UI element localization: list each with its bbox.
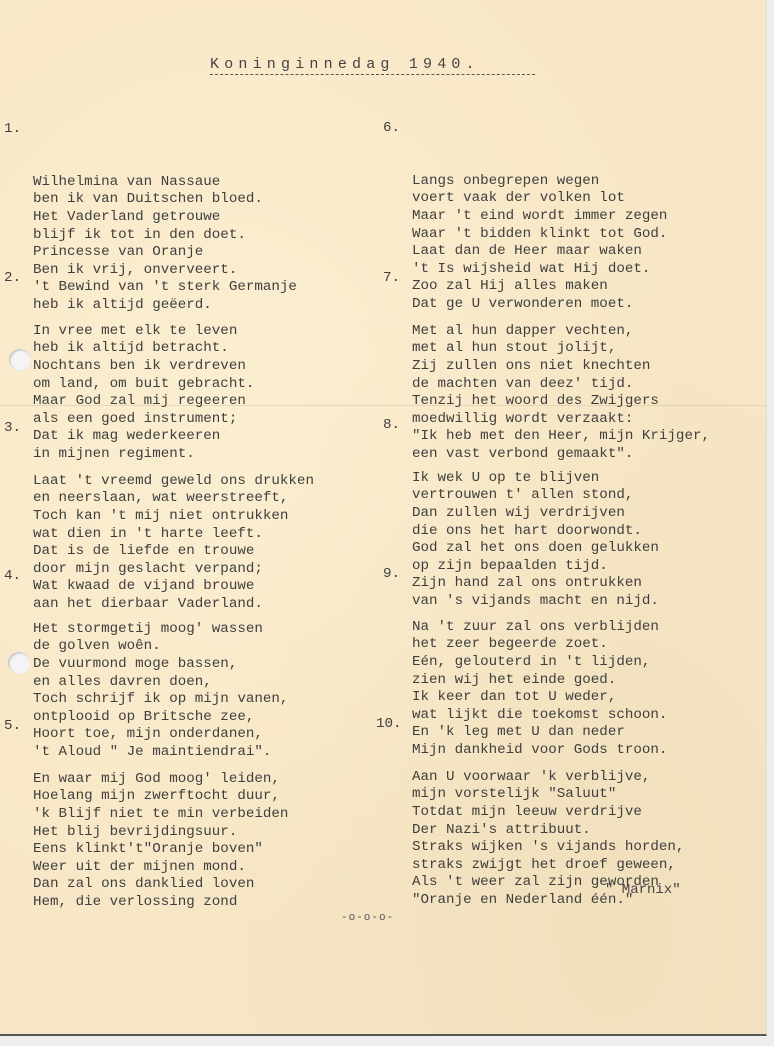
verse-number: 9. xyxy=(383,566,400,584)
verse-number: 1. xyxy=(4,121,21,139)
verse-line: Aan U voorwaar 'k verblijve, xyxy=(412,769,684,787)
verse-line: Dan zullen wij verdrijven xyxy=(412,505,659,523)
verse-line: ben ik van Duitschen bloed. xyxy=(33,191,297,209)
verse-line: mijn vorstelijk "Saluut" xyxy=(412,786,684,804)
verse-line: Ik keer dan tot U weder, xyxy=(412,689,667,707)
verse-line: wat dien in 't harte leeft. xyxy=(33,526,314,544)
verse-line: Nochtans ben ik verdreven xyxy=(33,358,254,376)
verse-line: De vuurmond moge bassen, xyxy=(33,656,288,674)
verse-line: Princesse van Oranje xyxy=(33,244,297,262)
verse-line: de machten van deez' tijd. xyxy=(412,376,710,394)
verse-line: Hem, die verlossing zond xyxy=(33,894,288,912)
verse-line: en neerslaan, wat weerstreeft, xyxy=(33,490,314,508)
verse-number: 7. xyxy=(383,270,400,288)
verse-line: en alles davren doen, xyxy=(33,674,288,692)
verse-line: het zeer begeerde zoet. xyxy=(412,636,667,654)
verse-line: Dan zal ons danklied loven xyxy=(33,876,288,894)
verse-line: Wilhelmina van Nassaue xyxy=(33,174,297,192)
verse-line: Laat dan de Heer maar waken xyxy=(412,243,667,261)
punch-hole-icon xyxy=(8,652,30,674)
verse-line: Toch kan 't mij niet ontrukken xyxy=(33,508,314,526)
verse-line: Langs onbegrepen wegen xyxy=(412,173,667,191)
verse-line: Laat 't vreemd geweld ons drukken xyxy=(33,473,314,491)
verse-line: Eens klinkt't"Oranje boven" xyxy=(33,841,288,859)
verse-line: God zal het ons doen gelukken xyxy=(412,540,659,558)
verse-number: 4. xyxy=(4,568,21,586)
verse-line: straks zwijgt het droef geween, xyxy=(412,857,684,875)
verse-number: 6. xyxy=(383,120,400,138)
verse-number: 5. xyxy=(4,718,21,736)
verse-line: Totdat mijn leeuw verdrijve xyxy=(412,804,684,822)
verse-number: 3. xyxy=(4,420,21,438)
verse-line: Dat is de liefde en trouwe xyxy=(33,543,314,561)
verse-line: met al hun stout jolijt, xyxy=(412,340,710,358)
verse-line: Ik wek U op te blijven xyxy=(412,470,659,488)
verse-number: 2. xyxy=(4,270,21,288)
verse-line: Het stormgetij moog' wassen xyxy=(33,621,288,639)
signature: " Marnix" xyxy=(605,882,681,898)
verse-line: En waar mij God moog' leiden, xyxy=(33,771,288,789)
verse-line: voert vaak der volken lot xyxy=(412,190,667,208)
title-underline xyxy=(210,74,535,75)
verse-line: Het blij bevrijdingsuur. xyxy=(33,824,288,842)
verse-line: Hoelang mijn zwerftocht duur, xyxy=(33,788,288,806)
verse-line: Na 't zuur zal ons verblijden xyxy=(412,619,667,637)
verse-line: Weer uit der mijnen mond. xyxy=(33,859,288,877)
verse-line: Met al hun dapper vechten, xyxy=(412,323,710,341)
verse-line: vertrouwen t' allen stond, xyxy=(412,487,659,505)
verse-line: Zij zullen ons niet knechten xyxy=(412,358,710,376)
verse-line: Straks wijken 's vijands horden, xyxy=(412,839,684,857)
verse-line: Maar God zal mij regeeren xyxy=(33,393,254,411)
punch-hole-icon xyxy=(9,349,31,371)
verse-line: In vree met elk te leven xyxy=(33,323,254,341)
verse-10: 10. Aan U voorwaar 'k verblijve,mijn vor… xyxy=(376,716,684,945)
verse-line: Maar 't eind wordt immer zegen xyxy=(412,208,667,226)
verse-line: 'k Blijf niet te min verbeiden xyxy=(33,806,288,824)
end-separator: -o-o-o- xyxy=(341,912,394,924)
verse-number: 10. xyxy=(376,716,402,734)
verse-line: om land, om buit gebracht. xyxy=(33,376,254,394)
verse-line: de golven woên. xyxy=(33,638,288,656)
verse-line: die ons het hart doorwondt. xyxy=(412,523,659,541)
verse-5: 5. En waar mij God moog' leiden,Hoelang … xyxy=(4,718,288,947)
verse-line: zien wij het einde goed. xyxy=(412,672,667,690)
verse-line: Het Vaderland getrouwe xyxy=(33,209,297,227)
page-title: Koninginnedag 1940. xyxy=(210,56,480,73)
verse-line: blijf ik tot in den doet. xyxy=(33,227,297,245)
verse-line: Tenzij het woord des Zwijgers xyxy=(412,393,710,411)
verse-line: Toch schrijf ik op mijn vanen, xyxy=(33,691,288,709)
verse-line: heb ik altijd betracht. xyxy=(33,340,254,358)
verse-line: Waar 't bidden klinkt tot God. xyxy=(412,226,667,244)
verse-number: 8. xyxy=(383,417,400,435)
verse-line: Eén, gelouterd in 't lijden, xyxy=(412,654,667,672)
typed-page: Koninginnedag 1940. 1. Wilhelmina van Na… xyxy=(0,0,767,1036)
verse-line: Der Nazi's attribuut. xyxy=(412,822,684,840)
